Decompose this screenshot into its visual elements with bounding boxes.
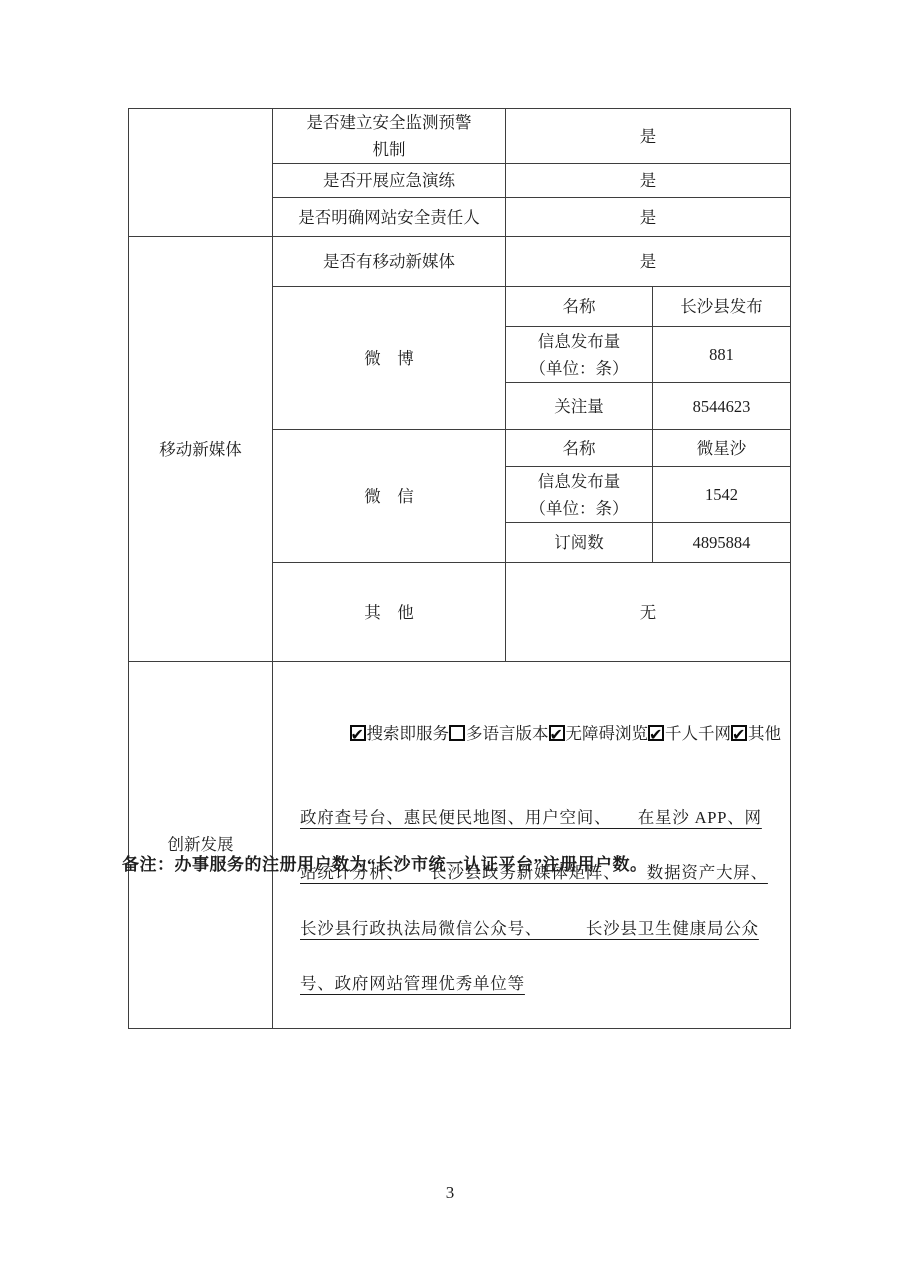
innovation-checkbox-line: 搜索即服务多语言版本无障碍浏览千人千网其他 [300, 691, 782, 777]
other-media-value: 无 [506, 563, 791, 662]
checkbox-icon [350, 725, 366, 741]
metric-label: 信息发布量 （单位：条） [506, 327, 653, 383]
checkbox-item-other: 其他 [731, 724, 781, 743]
checkbox-label: 其他 [748, 724, 781, 743]
checkbox-label: 无障碍浏览 [566, 724, 649, 743]
metric-label: 名称 [506, 287, 653, 327]
category-cell-innovation: 创新发展 [129, 662, 273, 1029]
checkbox-label: 搜索即服务 [367, 724, 450, 743]
metric-value: 1542 [653, 467, 791, 523]
checkbox-item-thousand-sites: 千人千网 [648, 724, 731, 743]
checkbox-label: 千人千网 [665, 724, 731, 743]
page-number: 3 [0, 1183, 900, 1203]
innovation-content-cell: 搜索即服务多语言版本无障碍浏览千人千网其他 政府查号台、惠民便民地图、用户空间、… [273, 662, 791, 1029]
footnote: 备注：办事服务的注册用户数为“长沙市统一认证平台”注册用户数。 [122, 850, 648, 875]
metric-value: 微星沙 [653, 430, 791, 467]
answer-value: 是 [506, 237, 791, 287]
weibo-group-cell: 微 博 [273, 287, 506, 430]
question-label: 是否建立安全监测预警 机制 [273, 109, 506, 164]
checkbox-item-accessibility: 无障碍浏览 [549, 724, 649, 743]
metric-label: 名称 [506, 430, 653, 467]
checkbox-item-search-service: 搜索即服务 [350, 724, 450, 743]
checkbox-label: 多语言版本 [466, 724, 549, 743]
checkbox-icon [449, 725, 465, 741]
answer-value: 是 [506, 164, 791, 198]
innovation-other-text-line: 长沙县行政执法局微信公众号、 长沙县卫生健康局公众 [300, 915, 782, 944]
metric-value: 长沙县发布 [653, 287, 791, 327]
category-cell-mobile-media: 移动新媒体 [129, 237, 273, 662]
question-label: 是否有移动新媒体 [273, 237, 506, 287]
checkbox-icon [648, 725, 664, 741]
table-row: 创新发展 搜索即服务多语言版本无障碍浏览千人千网其他 政府查号台、惠民便民地图、… [129, 662, 791, 1029]
category-cell-empty [129, 109, 273, 237]
metric-label: 信息发布量 （单位：条） [506, 467, 653, 523]
other-media-label: 其 他 [273, 563, 506, 662]
metric-value: 4895884 [653, 523, 791, 563]
table-row: 是否建立安全监测预警 机制 是 [129, 109, 791, 164]
checkbox-item-multilingual: 多语言版本 [449, 724, 549, 743]
metric-value: 8544623 [653, 383, 791, 430]
question-label: 是否明确网站安全责任人 [273, 198, 506, 237]
answer-value: 是 [506, 198, 791, 237]
metric-label: 关注量 [506, 383, 653, 430]
metric-label: 订阅数 [506, 523, 653, 563]
answer-value: 是 [506, 109, 791, 164]
metric-value: 881 [653, 327, 791, 383]
annual-report-table: 是否建立安全监测预警 机制 是 是否开展应急演练 是 是否明确网站安全责任人 是… [128, 108, 791, 1029]
wechat-group-cell: 微 信 [273, 430, 506, 563]
checkbox-icon [731, 725, 747, 741]
table-row: 移动新媒体 是否有移动新媒体 是 [129, 237, 791, 287]
innovation-other-text-line: 政府查号台、惠民便民地图、用户空间、 在星沙 APP、网 [300, 804, 782, 833]
question-label: 是否开展应急演练 [273, 164, 506, 198]
innovation-other-text-line: 号、政府网站管理优秀单位等 [300, 970, 782, 999]
checkbox-icon [549, 725, 565, 741]
